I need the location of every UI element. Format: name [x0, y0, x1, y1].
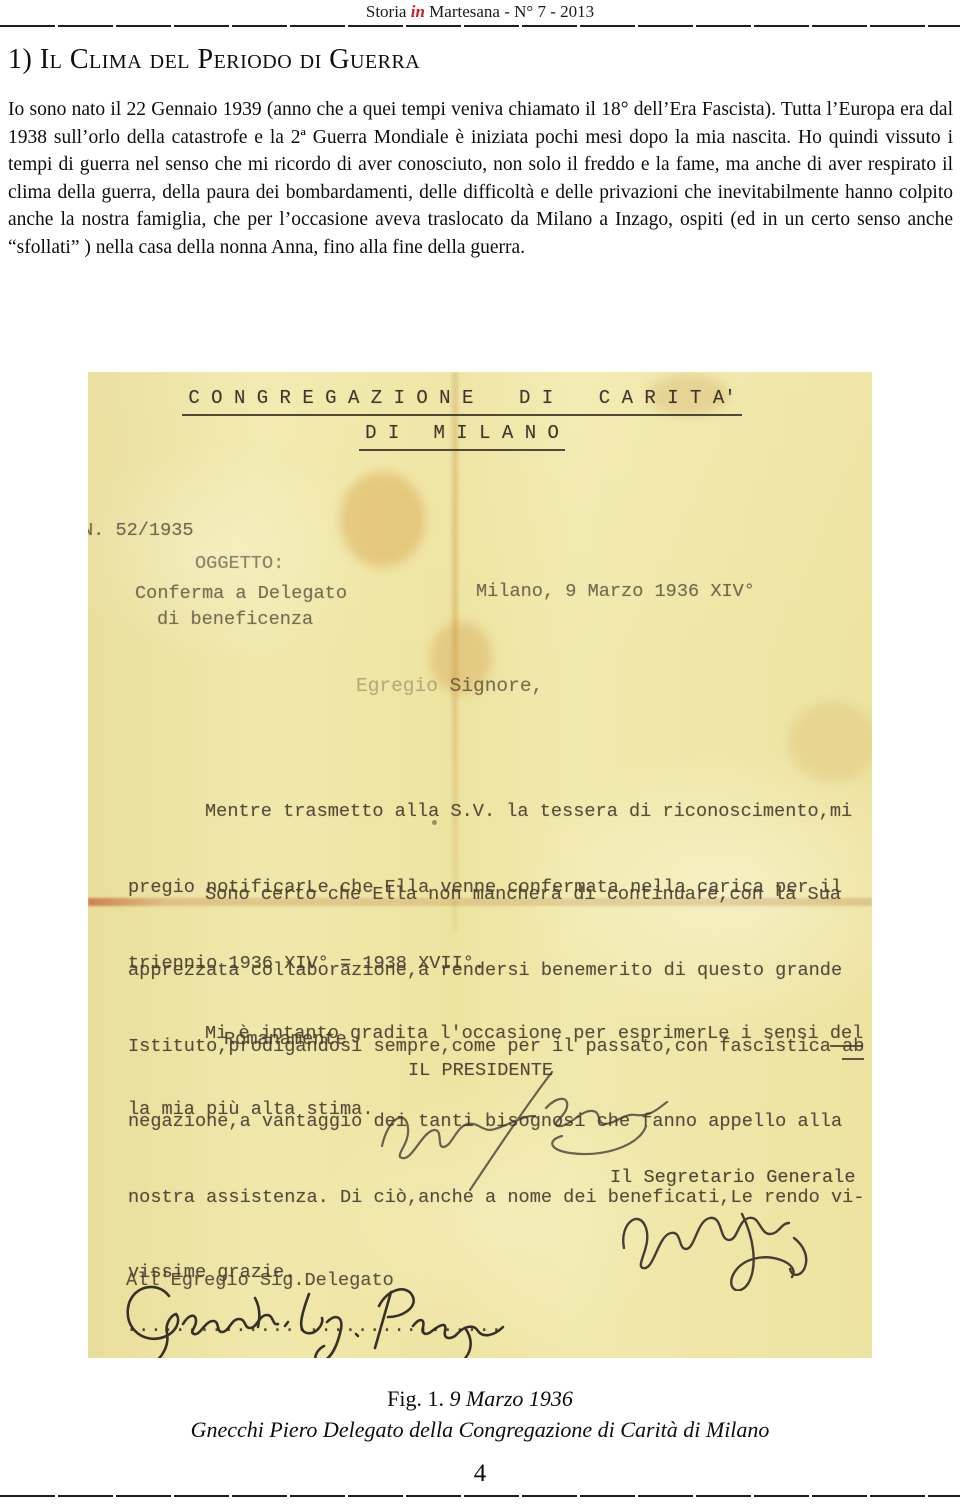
salutation-clear-part: Signore, [450, 675, 544, 697]
footer-rule [0, 1495, 960, 1497]
subject-line-2: di beneficenza [157, 607, 313, 632]
subject-line-1: Conferma a Delegato [135, 581, 347, 606]
salutation-faded-part: Egregio [356, 675, 450, 697]
journal-title-accent: in [411, 2, 425, 21]
paper-stain [340, 472, 425, 567]
figure-date: 9 Marzo 1936 [444, 1386, 573, 1411]
dateline: Milano, 9 Marzo 1936 XIV° [476, 579, 755, 604]
journal-header: Storia in Martesana - N° 7 - 2013 [0, 2, 960, 22]
figure-caption: Fig. 1. 9 Marzo 1936 Gnecchi Piero Deleg… [0, 1383, 960, 1445]
subject-label: OGGETTO: [195, 551, 284, 576]
figure-caption-line-1: Fig. 1. 9 Marzo 1936 [0, 1383, 960, 1414]
letterhead-city: D I M I L A N O [359, 421, 565, 451]
protocol-number: N. 52/1935 [88, 518, 194, 543]
letter-line: Mentre trasmetto alla S.V. la tessera di… [128, 799, 872, 824]
figure-caption-line-2: Gnecchi Piero Delegato della Congregazio… [0, 1414, 960, 1445]
header-rule [0, 25, 960, 27]
closing-word: Romanamente [224, 1027, 347, 1052]
page-number: 4 [0, 1460, 960, 1488]
letter-scan: C O N G R E G A Z I O N E D I C A R I T … [88, 372, 872, 1358]
letterhead-org-name: C O N G R E G A Z I O N E D I C A R I T … [182, 386, 741, 416]
underlined-word-break: del [830, 1023, 863, 1047]
journal-title-suffix: Martesana - N° 7 - 2013 [425, 2, 594, 21]
letterhead-line-2: D I M I L A N O [88, 421, 836, 451]
salutation: Egregio Signore, [356, 674, 543, 699]
document-page: Storia in Martesana - N° 7 - 2013 1) Il … [0, 0, 960, 1505]
figure-label: Fig. 1. [387, 1386, 444, 1411]
journal-title-prefix: Storia [366, 2, 411, 21]
article-paragraph: Io sono nato il 22 Gennaio 1939 (anno ch… [8, 96, 953, 262]
section-title: 1) Il Clima del Periodo di Guerra [8, 44, 420, 76]
letter-line: Sono certo che Ella non mancherà di cont… [128, 882, 872, 907]
delegate-signature-handwriting [113, 1270, 508, 1358]
letterhead-line-1: C O N G R E G A Z I O N E D I C A R I T … [88, 386, 836, 416]
secretary-signature-handwriting [608, 1186, 833, 1291]
